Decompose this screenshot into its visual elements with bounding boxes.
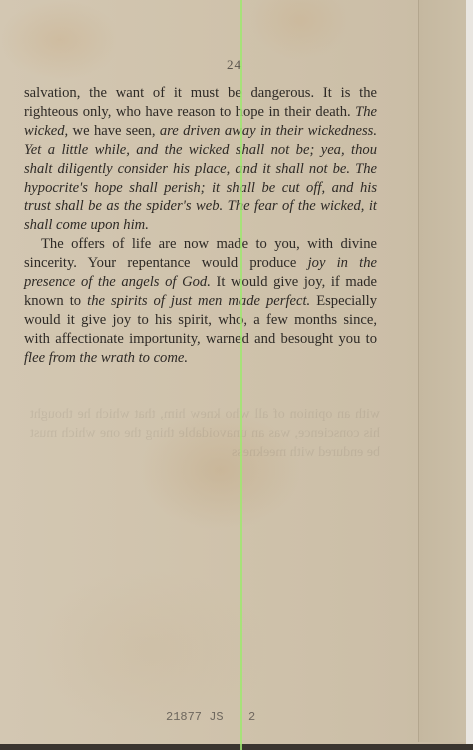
italic-run: flee from the wrath to come. (24, 350, 188, 366)
catalog-stamp-suffix: 2 (248, 710, 255, 724)
page-number: 24 (0, 57, 473, 73)
page-fold-flap (418, 0, 469, 742)
catalog-stamp: 21877 JS (166, 710, 224, 724)
scan-right-margin (466, 0, 473, 750)
center-guide-line (240, 0, 242, 750)
italic-run: the spirits of just men made perfect. (87, 293, 310, 309)
bleed-through-text: with an opinion of all who knew him, tha… (30, 405, 380, 462)
text-run: salvation, the want of it must be danger… (24, 85, 377, 120)
scan-bottom-edge (0, 744, 473, 750)
body-text: salvation, the want of it must be danger… (24, 84, 377, 368)
italic-run: are driven away in their wickedness. Yet… (24, 123, 377, 234)
paragraph-2: The offers of life are now made to you, … (24, 235, 377, 367)
paragraph-1: salvation, the want of it must be danger… (24, 84, 377, 235)
text-run: we have seen, (68, 123, 160, 139)
